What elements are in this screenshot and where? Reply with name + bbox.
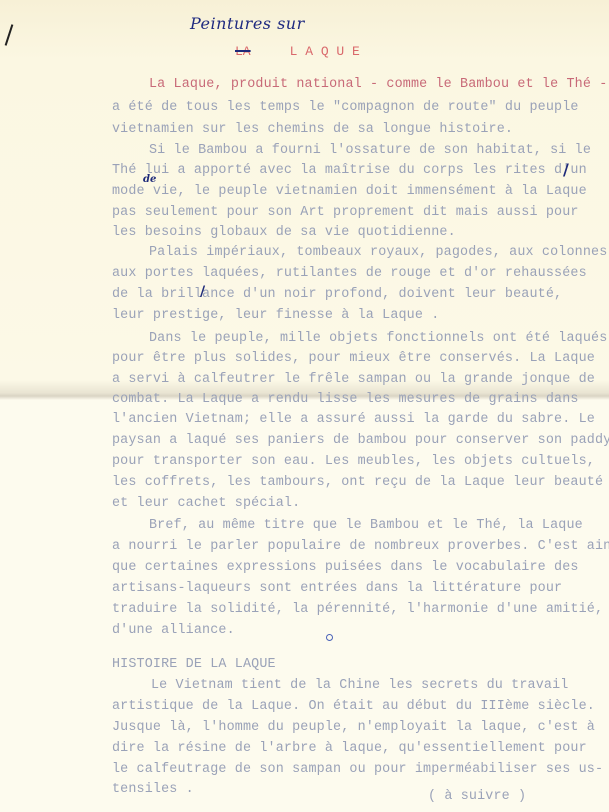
- struck-article: LA: [235, 44, 251, 59]
- text-line: les coffrets, les tambours, ont reçu de …: [112, 475, 603, 491]
- text-line: a nourri le parler populaire de nombreux…: [112, 539, 609, 555]
- text-line: Dans le peuple, mille objets fonctionnel…: [149, 331, 607, 347]
- text-line: Palais impériaux, tombeaux royaux, pagod…: [149, 245, 609, 261]
- text-line: vietnamien sur les chemins de sa longue …: [112, 122, 513, 138]
- text-line: pas seulement pour son Art proprement di…: [112, 205, 579, 221]
- text-line: Le Vietnam tient de la Chine les secrets…: [151, 678, 568, 694]
- handwritten-annotation: Peintures sur: [190, 14, 305, 33]
- text-line: mode vie, le peuple vietnamien doit imme…: [112, 184, 587, 200]
- text-line: traduire la solidité, la pérennité, l'ha…: [112, 602, 603, 618]
- scanned-page: Peintures sur LA L A Q U E La Laque, pro…: [0, 0, 609, 812]
- text-line: artistique de la Laque. On était au débu…: [112, 699, 595, 715]
- section-heading: HISTOIRE DE LA LAQUE: [112, 657, 276, 673]
- text-line: artisans-laqueurs sont entrées dans la l…: [112, 581, 562, 597]
- pen-correction-mark: /: [563, 160, 569, 179]
- text-line: le calfeutrage de son sampan ou pour imp…: [112, 762, 603, 778]
- text-line: dire la résine de l'arbre à laque, qu'es…: [112, 741, 587, 757]
- margin-slash-mark: [5, 24, 14, 46]
- continuation-note: ( à suivre ): [428, 789, 526, 805]
- title-text: L A Q U E: [290, 44, 360, 59]
- text-line-red: La Laque, produit national - comme le Ba…: [149, 77, 607, 92]
- text-line: d'une alliance.: [112, 623, 235, 639]
- text-line: que certaines expressions puisées dans l…: [112, 560, 579, 576]
- text-line: paysan a laqué ses paniers de bambou pou…: [112, 433, 609, 449]
- text-line: de la brillance d'un noir profond, doive…: [112, 287, 562, 303]
- text-line: combat. La Laque a rendu lisse les mesur…: [112, 392, 579, 408]
- pen-strike-mark: /: [200, 284, 205, 300]
- text-line: pour transporter son eau. Les meubles, l…: [112, 454, 595, 470]
- document-title: LA L A Q U E: [235, 44, 360, 59]
- text-line: a servi à calfeutrer le frêle sampan ou …: [112, 372, 595, 388]
- text-line: Bref, au même titre que le Bambou et le …: [149, 518, 583, 534]
- text-line: Si le Bambou a fourni l'ossature de son …: [149, 143, 591, 159]
- text-line: tensiles .: [112, 782, 194, 798]
- text-line: La Laque, produit national - comme le Ba…: [149, 77, 607, 93]
- text-line: aux portes laquées, rutilantes de rouge …: [112, 266, 587, 282]
- text-line: leur prestige, leur finesse à la Laque .: [112, 308, 439, 324]
- text-line: a été de tous les temps le "compagnon de…: [112, 100, 579, 116]
- text-line: pour être plus solides, pour mieux être …: [112, 351, 595, 367]
- text-line: Jusque là, l'homme du peuple, n'employai…: [112, 720, 595, 736]
- text-line: les besoins globaux de sa vie quotidienn…: [112, 225, 456, 241]
- text-line: Thé lui a apporté avec la maîtrise du co…: [112, 163, 587, 179]
- text-line: et leur cachet spécial.: [112, 496, 300, 512]
- text-line: l'ancien Vietnam; elle a assuré aussi la…: [112, 412, 595, 428]
- section-separator-circle: [326, 634, 333, 641]
